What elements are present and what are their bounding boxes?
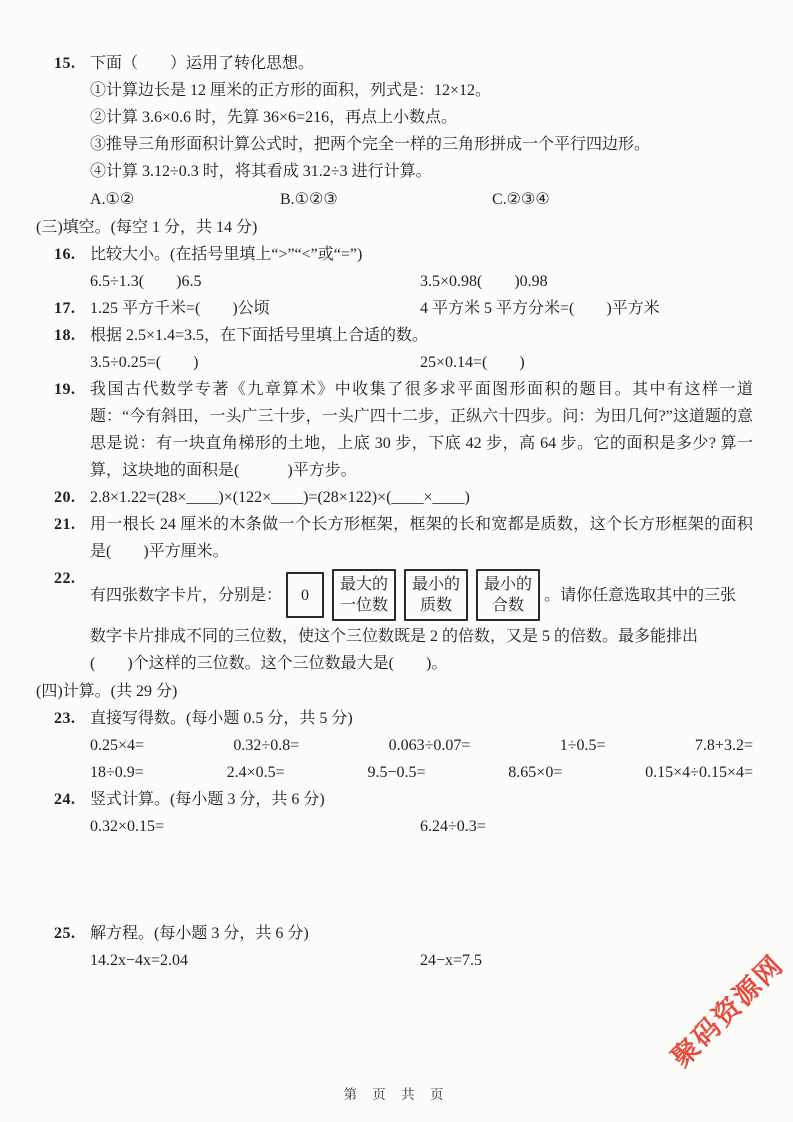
question-number: 16. xyxy=(54,241,90,268)
calc-row-2-wrap: 18÷0.9= 2.4×0.5= 9.5−0.5= 8.65×0= 0.15×4… xyxy=(36,759,753,786)
expression: 8.65×0= xyxy=(508,759,562,786)
calc-row: 18÷0.9= 2.4×0.5= 9.5−0.5= 8.65×0= 0.15×4… xyxy=(90,759,753,786)
question-20: 20. 2.8×1.22=(28×____)×(122×____)=(28×12… xyxy=(36,484,753,511)
option-item-4: ④计算 3.12÷0.3 时，将其看成 31.2÷3 进行计算。 xyxy=(36,158,753,185)
equation: 14.2x−4x=2.04 xyxy=(90,947,420,974)
digit-card-label: 合数 xyxy=(492,595,524,616)
answer-row: 1.25 平方千米=( )公顷 4 平方米 5 平方分米=( )平方米 xyxy=(90,295,753,322)
question-number: 15. xyxy=(54,50,90,77)
calc-row: 0.25×4= 0.32÷0.8= 0.063÷0.07= 1÷0.5= 7.8… xyxy=(90,732,753,759)
expression: 3.5÷0.25=( ) xyxy=(90,349,420,376)
equation: 24−x=7.5 xyxy=(420,947,482,974)
question-number: 23. xyxy=(54,705,90,732)
question-16-stem-line: 16. 比较大小。(在括号里填上“>”“<”或“=”) xyxy=(36,241,753,268)
expression: 3.5×0.98( )0.98 xyxy=(420,268,548,295)
digit-card-max-one-digit: 最大的 一位数 xyxy=(332,569,396,621)
answer-row: 14.2x−4x=2.04 24−x=7.5 xyxy=(36,947,753,974)
digit-card-zero: 0 xyxy=(286,572,324,618)
question-17: 17. 1.25 平方千米=( )公顷 4 平方米 5 平方分米=( )平方米 xyxy=(36,295,753,322)
page-content: 15. 下面（ ）运用了转化思想。 ①计算边长是 12 厘米的正方形的面积，列式… xyxy=(36,50,753,974)
expression: 25×0.14=( ) xyxy=(420,349,525,376)
question-19: 19. 我国古代数学专著《九章算术》中收集了很多求平面图形面积的题目。其中有这样… xyxy=(36,376,753,484)
page-footer: 第 页 共 页 xyxy=(0,1081,793,1108)
expression: 1.25 平方千米=( )公顷 xyxy=(90,295,420,322)
question-number: 19. xyxy=(54,376,90,403)
question-25: 25. 解方程。(每小题 3 分，共 6 分) 14.2x−4x=2.04 24… xyxy=(36,920,753,974)
question-22: 22. 有四张数字卡片，分别是： 0 最大的 一位数 最小的 质数 xyxy=(36,565,753,677)
expression: 2.4×0.5= xyxy=(227,759,285,786)
choice-option-b: B.①②③ xyxy=(280,186,492,213)
question-23: 23. 直接写得数。(每小题 0.5 分，共 5 分) 0.25×4= 0.32… xyxy=(36,705,753,786)
question-number: 18. xyxy=(54,322,90,349)
question-number: 25. xyxy=(54,920,90,947)
question-text: ( )个这样的三位数。这个三位数最大是( )。 xyxy=(90,650,753,677)
question-15-stem-line: 15. 下面（ ）运用了转化思想。 xyxy=(36,50,753,77)
expression: 0.15×4÷0.15×4= xyxy=(645,759,753,786)
question-stem: 比较大小。(在括号里填上“>”“<”或“=”) xyxy=(90,241,753,268)
question-stem: 根据 2.5×1.4=3.5，在下面括号里填上合适的数。 xyxy=(90,322,753,349)
question-text: 用一根长 24 厘米的木条做一个长方形框架，框架的长和宽都是质数，这个长方形框架… xyxy=(90,511,753,565)
question-21: 21. 用一根长 24 厘米的木条做一个长方形框架，框架的长和宽都是质数，这个长… xyxy=(36,511,753,565)
expression: 6.24÷0.3= xyxy=(420,813,486,840)
question-stem: 竖式计算。(每小题 3 分，共 6 分) xyxy=(90,786,753,813)
question-15: 15. 下面（ ）运用了转化思想。 ①计算边长是 12 厘米的正方形的面积，列式… xyxy=(36,50,753,213)
question-23-stem-line: 23. 直接写得数。(每小题 0.5 分，共 5 分) xyxy=(36,705,753,732)
option-item-2: ②计算 3.6×0.6 时，先算 36×6=216，再点上小数点。 xyxy=(36,104,753,131)
digit-card-label: 最大的 xyxy=(340,574,388,595)
question-18: 18. 根据 2.5×1.4=3.5，在下面括号里填上合适的数。 3.5÷0.2… xyxy=(36,322,753,376)
question-text: 。请你任意选取其中的三张 xyxy=(544,582,736,609)
section-heading-fill: (三)填空。(每空 1 分，共 14 分) xyxy=(36,214,753,241)
digit-card-label: 0 xyxy=(301,585,309,606)
expression: 6.5÷1.3( )6.5 xyxy=(90,268,420,295)
answer-row: 3.5÷0.25=( ) 25×0.14=( ) xyxy=(36,349,753,376)
question-number: 21. xyxy=(54,511,90,538)
choice-option-c: C.②③④ xyxy=(492,186,550,213)
expression: 0.25×4= xyxy=(90,732,144,759)
option-item-1: ①计算边长是 12 厘米的正方形的面积，列式是：12×12。 xyxy=(36,77,753,104)
digit-card-min-composite: 最小的 合数 xyxy=(476,569,540,621)
expression: 1÷0.5= xyxy=(560,732,606,759)
question-text: 有四张数字卡片，分别是： xyxy=(90,582,282,609)
digit-card-label: 一位数 xyxy=(340,595,388,616)
question-16: 16. 比较大小。(在括号里填上“>”“<”或“=”) 6.5÷1.3( )6.… xyxy=(36,241,753,295)
digit-card-label: 最小的 xyxy=(484,574,532,595)
question-stem: 解方程。(每小题 3 分，共 6 分) xyxy=(90,920,753,947)
question-24: 24. 竖式计算。(每小题 3 分，共 6 分) 0.32×0.15= 6.24… xyxy=(36,786,753,840)
digit-card-label: 质数 xyxy=(420,595,452,616)
calc-row-1-wrap: 0.25×4= 0.32÷0.8= 0.063÷0.07= 1÷0.5= 7.8… xyxy=(36,732,753,759)
option-item-3: ③推导三角形面积计算公式时，把两个完全一样的三角形拼成一个平行四边形。 xyxy=(36,131,753,158)
expression: 9.5−0.5= xyxy=(367,759,425,786)
section-heading-calc: (四)计算。(共 29 分) xyxy=(36,678,753,705)
choice-option-a: A.①② xyxy=(90,186,280,213)
question-text: 我国古代数学专著《九章算术》中收集了很多求平面图形面积的题目。其中有这样一道题：… xyxy=(90,376,753,484)
exam-page: 15. 下面（ ）运用了转化思想。 ①计算边长是 12 厘米的正方形的面积，列式… xyxy=(0,0,793,1122)
question-text: 数字卡片排成不同的三位数，使这个三位数既是 2 的倍数，又是 5 的倍数。最多能… xyxy=(90,623,753,650)
question-number: 22. xyxy=(54,565,90,592)
answer-row: 6.5÷1.3( )6.5 3.5×0.98( )0.98 xyxy=(36,268,753,295)
question-stem: 下面（ ）运用了转化思想。 xyxy=(90,50,753,77)
question-24-stem-line: 24. 竖式计算。(每小题 3 分，共 6 分) xyxy=(36,786,753,813)
question-number: 20. xyxy=(54,484,90,511)
digit-card-min-prime: 最小的 质数 xyxy=(404,569,468,621)
expression: 7.8+3.2= xyxy=(695,732,753,759)
expression: 0.32×0.15= xyxy=(90,813,420,840)
question-18-stem-line: 18. 根据 2.5×1.4=3.5，在下面括号里填上合适的数。 xyxy=(36,322,753,349)
expression: 4 平方米 5 平方分米=( )平方米 xyxy=(420,295,660,322)
expression: 0.063÷0.07= xyxy=(389,732,471,759)
question-number: 17. xyxy=(54,295,90,322)
expression: 0.32÷0.8= xyxy=(233,732,299,759)
question-stem: 直接写得数。(每小题 0.5 分，共 5 分) xyxy=(90,705,753,732)
answer-row: 0.32×0.15= 6.24÷0.3= xyxy=(36,813,753,840)
question-text: 2.8×1.22=(28×____)×(122×____)=(28×122)×(… xyxy=(90,484,753,511)
expression: 18÷0.9= xyxy=(90,759,144,786)
question-number: 24. xyxy=(54,786,90,813)
digit-card-row: 有四张数字卡片，分别是： 0 最大的 一位数 最小的 质数 最小的 合数 xyxy=(90,569,753,621)
question-25-stem-line: 25. 解方程。(每小题 3 分，共 6 分) xyxy=(36,920,753,947)
choice-row: A.①② B.①②③ C.②③④ xyxy=(36,186,753,213)
digit-card-label: 最小的 xyxy=(412,574,460,595)
